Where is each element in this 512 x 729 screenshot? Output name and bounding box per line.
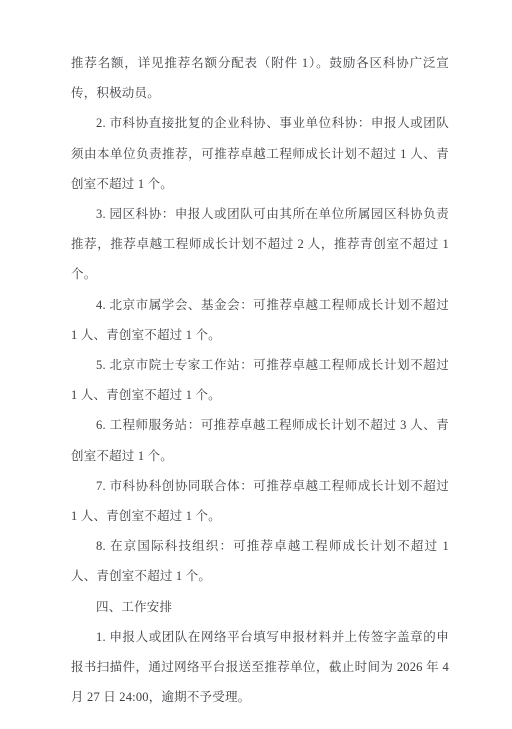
list-item-8-international-sci-tech-org: 8. 在京国际科技组织：可推荐卓越工程师成长计划不超过 1 人、青创室不超过 1… <box>71 531 449 591</box>
list-item-7-innovation-consortium: 7. 市科协科创协同联合体：可推荐卓越工程师成长计划不超过 1 人、青创室不超过… <box>71 471 449 531</box>
section-heading-work-arrangement: 四、工作安排 <box>71 592 449 622</box>
list-item-4-societies-foundations: 4. 北京市属学会、基金会：可推荐卓越工程师成长计划不超过 1 人、青创室不超过… <box>71 290 449 350</box>
document-body: 推荐名额，详见推荐名额分配表（附件 1）。鼓励各区科协广泛宣传，积极动员。 2.… <box>71 48 449 712</box>
list-item-6-engineer-service-station: 6. 工程师服务站：可推荐卓越工程师成长计划不超过 3 人、青创室不超过 1 个… <box>71 410 449 470</box>
document-page: 推荐名额，详见推荐名额分配表（附件 1）。鼓励各区科协广泛宣传，积极动员。 2.… <box>0 0 512 729</box>
paragraph-continuation: 推荐名额，详见推荐名额分配表（附件 1）。鼓励各区科协广泛宣传，积极动员。 <box>71 48 449 108</box>
list-item-5-academician-workstation: 5. 北京市院士专家工作站：可推荐卓越工程师成长计划不超过 1 人、青创室不超过… <box>71 350 449 410</box>
list-item-3-park-kexie: 3. 园区科协：申报人或团队可由其所在单位所属园区科协负责推荐，推荐卓越工程师成… <box>71 199 449 290</box>
list-item-1-application-submission: 1. 申报人或团队在网络平台填写申报材料并上传签字盖章的申报书扫描件，通过网络平… <box>71 622 449 713</box>
list-item-2-enterprise-kexie: 2. 市科协直接批复的企业科协、事业单位科协：申报人或团队须由本单位负责推荐，可… <box>71 108 449 199</box>
